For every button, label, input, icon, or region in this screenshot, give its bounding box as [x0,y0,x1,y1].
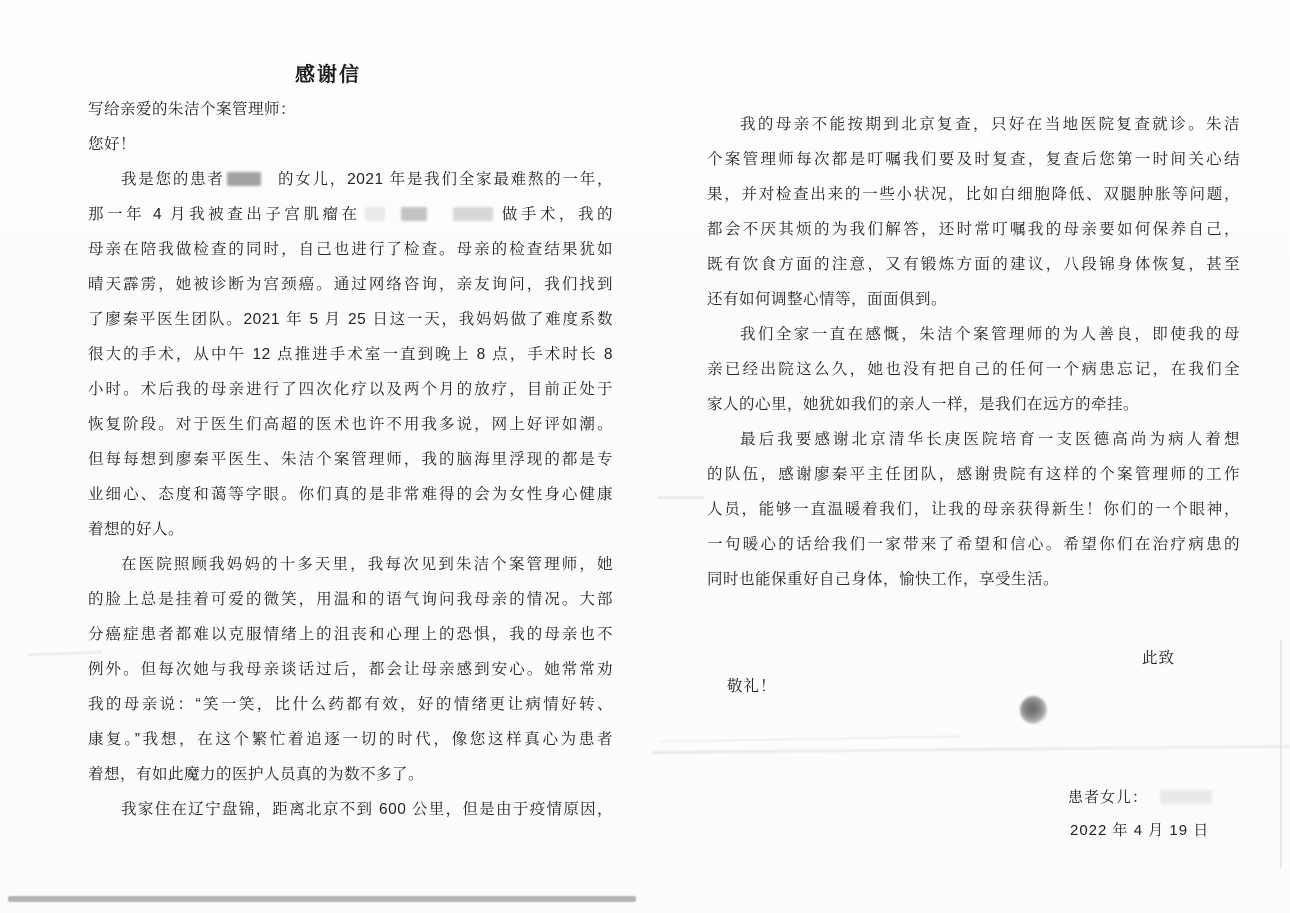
letter-line: 我家住在辽宁盘锦，距离北京不到 600 公里，但是由于疫情原因， [88,792,613,827]
letter-line: 母亲在陪我做检查的同时，自己也进行了检查。母亲的检查结果犹如 [88,232,613,267]
scanned-letter: 感谢信 写给亲爱的朱洁个案管理师：您好！我是您的患者的女儿，2021 年是我们全… [0,0,1290,913]
letter-line: 家人的心里，她犹如我们的亲人一样，是我们在远方的牵挂。 [707,387,1240,422]
signature-signer: 患者女儿： [1068,786,1212,807]
letter-line: 的队伍，感谢廖秦平主任团队，感谢贵院有这样的个案管理师的工作 [707,457,1240,492]
letter-line: 还有如何调整心情等，面面俱到。 [707,282,1240,317]
redacted-signature [1160,790,1212,804]
letter-page-1-body: 写给亲爱的朱洁个案管理师：您好！我是您的患者的女儿，2021 年是我们全家最难熬… [88,92,613,827]
ink-smudge [1020,696,1047,724]
scan-crease-artifact-2 [660,735,960,742]
letter-line: 果，并对检查出来的一些小状况，比如白细胞降低、双腿肿胀等问题， [707,177,1240,212]
closing-salute: 敬礼！ [727,674,777,696]
letter-line: 一句暖心的话给我们一家带来了希望和信心。希望你们在治疗病患的 [707,527,1240,562]
letter-line: 了廖秦平医生团队。2021 年 5 月 25 日这一天，我妈妈做了难度系数 [88,302,613,337]
signature-date: 2022 年 4 月 19 日 [1070,819,1209,840]
letter-line: 都会不厌其烦的为我们解答，还时常叮嘱我的母亲要如何保养自己， [707,212,1240,247]
letter-line: 亲已经出院这么久，她也没有把自己的任何一个病患忘记，在我们全 [707,352,1240,387]
letter-line: 着想，有如此魔力的医护人员真的为数不多了。 [88,757,613,792]
letter-line: 您好！ [88,127,613,162]
redacted-text [453,207,493,221]
letter-line: 我的母亲说：“笑一笑，比什么药都有效，好的情绪更让病情好转、 [88,687,613,722]
letter-line: 很大的手术，从中午 12 点推进手术室一直到晚上 8 点，手术时长 8 [88,337,613,372]
letter-line: 写给亲爱的朱洁个案管理师： [88,92,613,127]
letter-title: 感谢信 [88,58,568,87]
redacted-text [401,207,427,221]
letter-line: 我的母亲不能按期到北京复查，只好在当地医院复查就诊。朱洁 [707,107,1240,142]
letter-line: 康复。”我想，在这个繁忙着追逐一切的时代，像您这样真心为患者 [88,722,613,757]
letter-line: 我们全家一直在感慨，朱洁个案管理师的为人善良，即使我的母 [707,317,1240,352]
letter-line: 最后我要感谢北京清华长庚医院培育一支医德高尚为病人着想 [707,422,1240,457]
page-bottom-shadow [8,896,636,902]
letter-line: 恢复阶段。对于医生们高超的医术也许不用我多说，网上好评如潮。 [88,407,613,442]
letter-line: 小时。术后我的母亲进行了四次化疗以及两个月的放疗，目前正处于 [88,372,613,407]
letter-line: 人员，能够一直温暖着我们，让我的母亲获得新生！你们的一个眼神， [707,492,1240,527]
letter-line: 既有饮食方面的注意，又有锻炼方面的建议，八段锦身体恢复，甚至 [707,247,1240,282]
redacted-text [227,172,261,186]
letter-line: 业细心、态度和蔼等字眼。你们真的是非常难得的会为女性身心健康 [88,477,613,512]
letter-line: 晴天霹雳，她被诊断为宫颈癌。通过网络咨询，亲友询问，我们找到 [88,267,613,302]
letter-line: 同时也能保重好自己身体，愉快工作，享受生活。 [707,562,1240,597]
letter-line: 分癌症患者都难以克服情绪上的沮丧和心理上的恐惧，我的母亲也不 [88,617,613,652]
letter-line: 那一年 4 月我被查出子宫肌瘤在做手术，我的 [88,197,613,232]
letter-line: 个案管理师每次都是叮嘱我们要及时复查，复查后您第一时间关心结 [707,142,1240,177]
redacted-text [365,207,385,221]
page-edge-line [1280,640,1282,868]
letter-line: 例外。但每次她与我母亲谈话过后，都会让母亲感到安心。她常常劝 [88,652,613,687]
letter-line: 在医院照顾我妈妈的十多天里，我每次见到朱洁个案管理师，她 [88,547,613,582]
letter-line: 但每每想到廖秦平医生、朱洁个案管理师，我的脑海里浮现的都是专 [88,442,613,477]
scan-crease-artifact [652,745,1290,754]
letter-page-2-body: 我的母亲不能按期到北京复查，只好在当地医院复查就诊。朱洁个案管理师每次都是叮嘱我… [707,107,1240,597]
signature-signer-label: 患者女儿： [1068,789,1148,806]
closing-respect-intro: 此致 [1142,646,1175,668]
letter-line: 我是您的患者的女儿，2021 年是我们全家最难熬的一年， [88,162,613,197]
scan-streak-artifact-page2 [658,496,704,499]
letter-line: 着想的好人。 [88,512,613,547]
letter-line: 的脸上总是挂着可爱的微笑，用温和的语气询问我母亲的情况。大部 [88,582,613,617]
